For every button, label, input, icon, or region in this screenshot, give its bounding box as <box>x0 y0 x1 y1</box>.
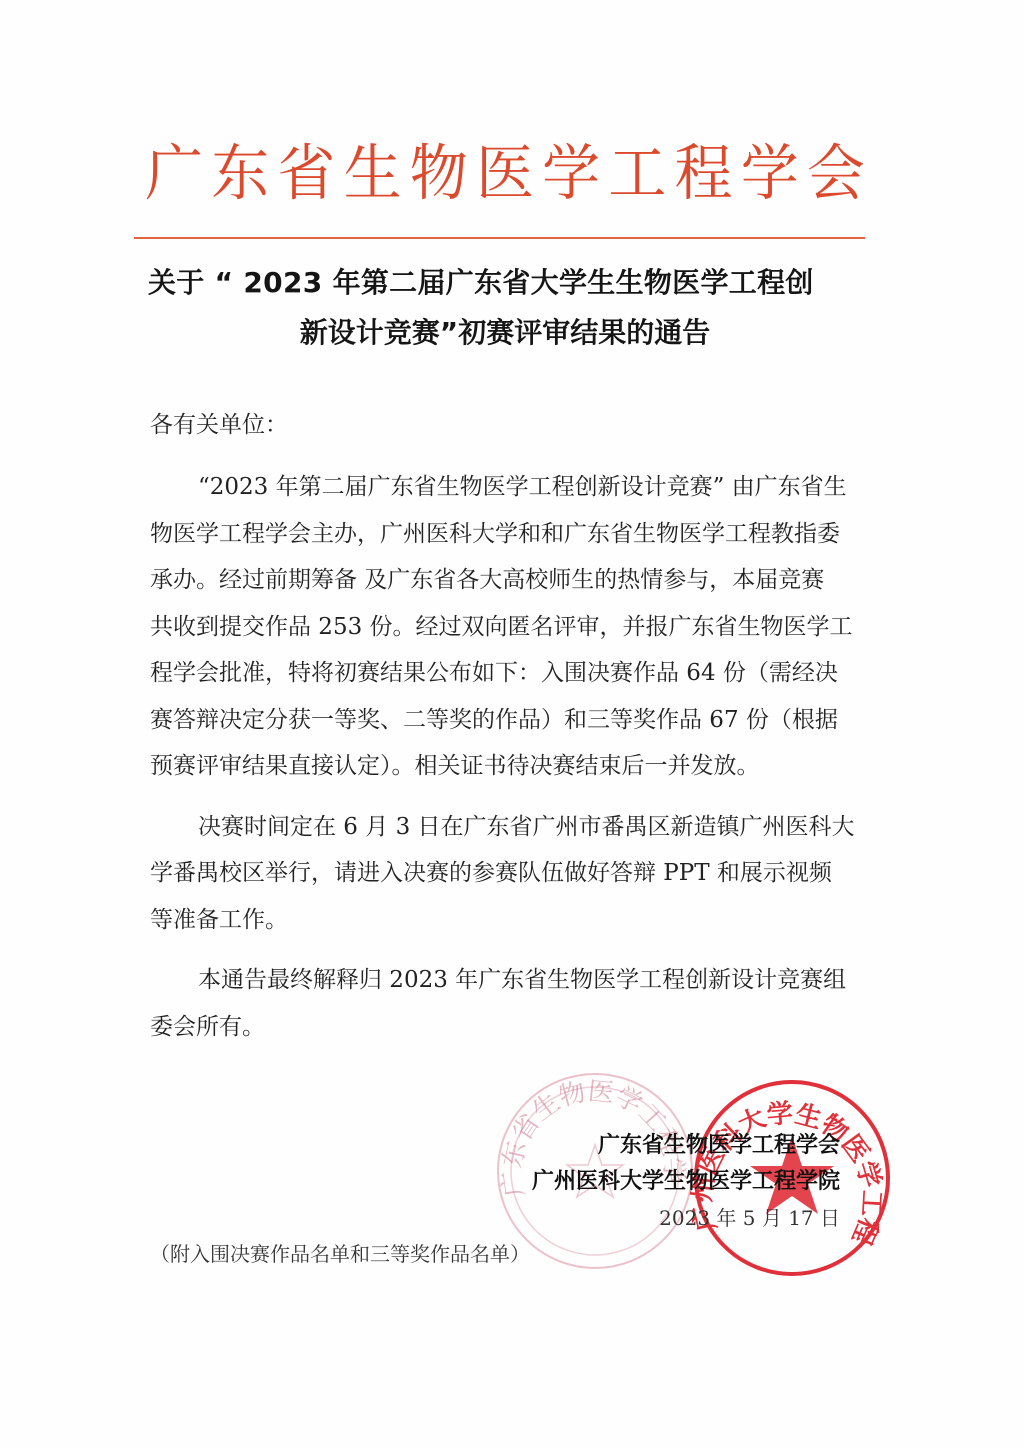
letterhead-char: 东 <box>211 136 269 210</box>
letterhead-divider <box>134 237 865 239</box>
letterhead-char: 生 <box>344 136 402 210</box>
title-line-1: 关于 “ 2023 年第二届广东省大学生生物医学工程创 <box>140 258 870 308</box>
issue-date: 2023 年 5 月 17 日 <box>500 1200 840 1236</box>
paragraph-line: 赛答辩决定分获一等奖、二等奖的作品）和三等奖作品 67 份（根据 <box>150 697 842 744</box>
title-line-2: 新设计竞赛”初赛评审结果的通告 <box>140 308 870 358</box>
paragraph-line: “2023 年第二届广东省生物医学工程创新设计竞赛” 由广东省生 <box>150 464 842 511</box>
salutation: 各有关单位： <box>150 402 842 448</box>
paragraph-line: 等准备工作。 <box>150 897 842 944</box>
paragraph-line: 物医学工程学会主办，广州医科大学和和广东省生物医学工程教指委 <box>150 511 842 558</box>
letterhead-char: 省 <box>277 136 335 210</box>
paragraph-final-schedule: 决赛时间定在 6 月 3 日在广东省广州市番禺区新造镇广州医科大 学番禺校区举行… <box>150 804 842 944</box>
letterhead-char: 学 <box>542 136 600 210</box>
document-page: 广 东 省 生 物 医 学 工 程 学 会 关于 “ 2023 年第二届广东省大… <box>0 0 1024 1448</box>
paragraph-line: 决赛时间定在 6 月 3 日在广东省广州市番禺区新造镇广州医科大 <box>150 804 842 851</box>
letterhead-char: 工 <box>608 136 666 210</box>
letterhead: 广 东 省 生 物 医 学 工 程 学 会 <box>145 138 865 208</box>
paragraph-line: 程学会批准，特将初赛结果公布如下：入围决赛作品 64 份（需经决 <box>150 650 842 697</box>
paragraph-line: 承办。经过前期筹备 及广东省各大高校师生的热情参与，本届竞赛 <box>150 557 842 604</box>
notice-body: 各有关单位： “2023 年第二届广东省生物医学工程创新设计竞赛” 由广东省生 … <box>150 402 842 1064</box>
signature-block: 广东省生物医学工程学会 广州医科大学生物医学工程学院 2023 年 5 月 17… <box>500 1128 840 1236</box>
letterhead-char: 会 <box>807 136 865 210</box>
signatory-society: 广东省生物医学工程学会 <box>500 1128 840 1164</box>
attachment-note: （附入围决赛作品名单和三等奖作品名单） <box>150 1238 530 1267</box>
paragraph-line: 预赛评审结果直接认定）。相关证书待决赛结束后一并发放。 <box>150 743 842 790</box>
letterhead-char: 物 <box>410 136 468 210</box>
notice-title: 关于 “ 2023 年第二届广东省大学生生物医学工程创 新设计竞赛”初赛评审结果… <box>140 258 870 358</box>
letterhead-char: 广 <box>145 136 203 210</box>
paragraph-line: 共收到提交作品 253 份。经过双向匿名评审，并报广东省生物医学工 <box>150 604 842 651</box>
signatory-college: 广州医科大学生物医学工程学院 <box>500 1164 840 1200</box>
paragraph-line: 本通告最终解释归 2023 年广东省生物医学工程创新设计竞赛组 <box>150 957 842 1004</box>
paragraph-results: “2023 年第二届广东省生物医学工程创新设计竞赛” 由广东省生 物医学工程学会… <box>150 464 842 790</box>
letterhead-char: 学 <box>741 136 799 210</box>
letterhead-char: 医 <box>476 136 534 210</box>
paragraph-line: 学番禺校区举行，请进入决赛的参赛队伍做好答辩 PPT 和展示视频 <box>150 850 842 897</box>
letterhead-char: 程 <box>675 136 733 210</box>
paragraph-interpretation: 本通告最终解释归 2023 年广东省生物医学工程创新设计竞赛组 委会所有。 <box>150 957 842 1050</box>
paragraph-line: 委会所有。 <box>150 1004 842 1051</box>
